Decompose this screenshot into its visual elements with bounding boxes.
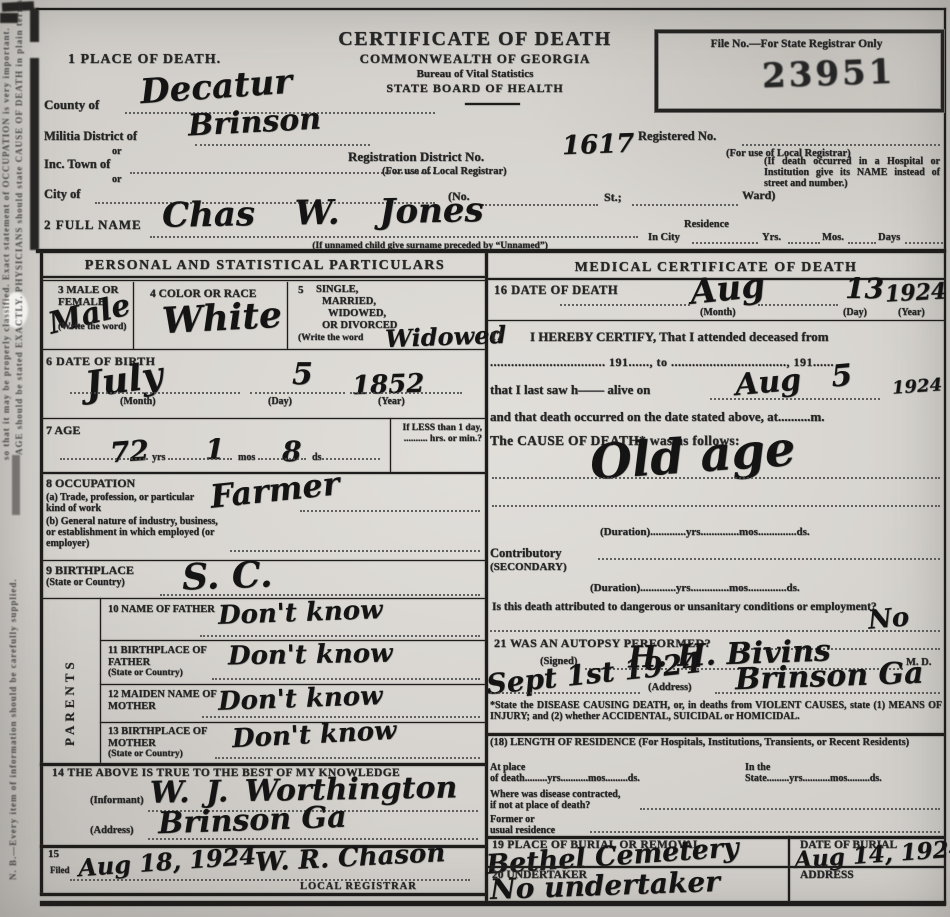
certify-no: 17 (490, 330, 503, 344)
cell-divider (133, 282, 134, 349)
column-divider (485, 253, 488, 903)
signed-address-label: (Address) (648, 682, 692, 694)
res-former-line1: Former or (490, 814, 535, 825)
certify-line3: that I last saw h—— alive on (490, 383, 650, 397)
residence18-label: (18) LENGTH OF RESIDENCE (For Hospitals,… (490, 737, 942, 749)
burial-divider (788, 836, 790, 901)
signed-address-value: Brinson Ga (735, 659, 925, 696)
local-registrar-label: LOCAL REGISTRAR (300, 881, 417, 893)
residence-line3 (848, 242, 876, 244)
personal-title-rule2 (42, 280, 485, 281)
res-where-line2: if not at place of death? (490, 800, 590, 811)
race-value: White (161, 297, 283, 339)
age-line4 (322, 458, 380, 460)
res-state-line2: State.........yrs...........mos.........… (745, 773, 882, 784)
hospital-note: (If death occurred in a Hospital or Inst… (764, 156, 940, 189)
org-line1: COMMONWEALTH OF GEORGIA (330, 52, 620, 66)
top-border (36, 8, 946, 10)
militia-district-label: Militia District of (44, 130, 137, 144)
mother-birthplace-value: Don't know (231, 718, 397, 753)
birthplace-line (160, 594, 480, 596)
sex-sub: (Write the word) (58, 322, 128, 333)
last-saw-line (710, 398, 880, 400)
contributory-label: Contributory (490, 547, 562, 561)
street-label: St.; (604, 191, 622, 204)
dod-label: 16 DATE OF DEATH (494, 284, 618, 298)
signed-address-line (715, 692, 940, 694)
duration-line1: (Duration).............yrs..............… (600, 526, 810, 538)
dob-line3 (350, 392, 462, 394)
mother-maiden-value: Don't know (218, 683, 383, 715)
file-number-label: File No.—For State Registrar Only (660, 38, 933, 51)
residence-line2 (788, 242, 820, 244)
dob-day: 5 (292, 360, 313, 390)
informant-label: (Informant) (90, 795, 144, 807)
cause-line1 (492, 477, 940, 479)
father-birthplace-line (212, 678, 480, 680)
cause-footnote: *State the DISEASE CAUSING DEATH, or, in… (490, 700, 942, 722)
mother-birthplace-sub: (State or Country) (108, 749, 183, 759)
city-label: City of (44, 188, 80, 202)
cell-divider (390, 418, 391, 472)
father-birthplace-value: Don't know (228, 641, 393, 670)
residence-days: Days (878, 232, 900, 244)
militia-district-value: Brinson (187, 105, 321, 142)
margin-note: N. B.—Every item of information should b… (8, 500, 18, 880)
residence-label: Residence (684, 219, 729, 231)
file-number-value: 23951 (761, 54, 896, 96)
certificate-title: CERTIFICATE OF DEATH (330, 28, 620, 50)
age-line1 (60, 458, 148, 460)
age-days-value: 8 (282, 438, 301, 466)
street-line (632, 204, 738, 206)
res-where-line1: Where was disease contracted, (490, 789, 620, 800)
res-place-line2: of death.........yrs...........mos......… (490, 773, 640, 784)
birthplace-label: 9 BIRTHPLACE (46, 564, 134, 577)
parents-divider (100, 598, 101, 763)
last-saw-year: 1924 (891, 376, 942, 397)
occupation-label: 8 OCCUPATION (46, 477, 135, 490)
residence-line4 (905, 242, 943, 244)
age-years-value: 72 (109, 437, 150, 468)
filed-date-value: Aug 18, 1924 (77, 844, 256, 880)
dob-year-cap: (Year) (378, 396, 405, 407)
birthplace-value: S. C. (181, 556, 273, 595)
res-place-line1: At place (490, 762, 525, 773)
res-former-line2: usual residence (490, 825, 555, 836)
filed-label: Filed (50, 866, 70, 876)
age-mos-unit: mos (238, 452, 255, 463)
title-rule (465, 103, 520, 105)
section-line (40, 763, 485, 766)
county-value: Decatur (139, 65, 293, 110)
occupation-a-line (300, 510, 480, 512)
birthplace-sub: (State or Country) (46, 577, 125, 588)
father-birthplace-sub: (State or Country) (108, 668, 183, 678)
res-where-line (640, 808, 940, 810)
filed-no: 15 (48, 848, 59, 860)
father-name-line (200, 635, 480, 637)
full-name-sub: (If unnamed child give surname preceded … (220, 241, 640, 251)
full-name-label: 2 FULL NAME (44, 218, 142, 232)
residence-line1 (692, 242, 758, 244)
marital-line2: MARRIED, (322, 296, 376, 308)
age-yrs-unit: yrs (152, 452, 165, 463)
registration-district-sub: (For use of Local Registrar) (382, 166, 507, 178)
cell-divider (287, 282, 288, 349)
res-state-line1: In the (745, 762, 770, 773)
residence-in-city: In City (648, 232, 680, 244)
contributory-line (598, 558, 940, 560)
dod-year-cap: (Year) (898, 307, 925, 318)
row-line (488, 320, 944, 321)
age-label: 7 AGE (46, 424, 80, 437)
marital-line1: SINGLE, (316, 284, 358, 296)
dod-month-cap: (Month) (700, 307, 736, 318)
or-word: or (112, 174, 121, 185)
dob-month-cap: (Month) (120, 396, 156, 407)
registered-no-line (742, 144, 940, 146)
last-saw-date: Aug 5 (734, 361, 854, 401)
res-former-line (590, 831, 940, 833)
scan-artifact (30, 8, 39, 42)
marital-value: Widowed (385, 323, 507, 351)
org-line3: STATE BOARD OF HEALTH (330, 82, 620, 95)
dod-month: Aug (688, 268, 766, 310)
right-border (944, 8, 946, 905)
age-line2 (168, 458, 232, 460)
residence-yrs: Yrs. (762, 232, 781, 244)
registered-no-label: Registered No. (638, 130, 716, 144)
father-name-value: Don't know (218, 597, 383, 629)
secondary-label: (SECONDARY) (490, 561, 567, 573)
dod-year: 1924 (884, 280, 946, 305)
unsanitary-question: Is this death attributed to dangerous or… (492, 601, 877, 614)
parents-label: PARENTS (62, 626, 78, 746)
father-name-label: 10 NAME OF FATHER (108, 604, 218, 616)
occupation-b-line (230, 550, 480, 552)
marital-line3: WIDOWED, (328, 308, 386, 320)
margin-note: so that it may be properly classified. E… (1, 60, 11, 460)
row-line (42, 418, 485, 419)
mother-maiden-label: 12 MAIDEN NAME OF MOTHER (108, 689, 228, 712)
dod-line1 (560, 304, 690, 306)
section-line (488, 733, 944, 736)
dob-year: 1852 (352, 371, 425, 400)
residence-mos: Mos. (822, 232, 844, 244)
dob-line2 (250, 392, 345, 394)
occupation-a-label: (a) Trade, profession, or particular kin… (46, 492, 208, 514)
full-name-value: Chas W. Jones (162, 193, 484, 233)
undertaker-value: No undertaker (490, 868, 721, 904)
personal-title-rule1 (42, 276, 485, 278)
death-certificate-scan: AGE should be stated EXACTLY. PHYSICIANS… (0, 0, 950, 917)
father-birthplace-label: 11 BIRTHPLACE OF FATHER (108, 645, 228, 668)
street-no-line (482, 204, 598, 206)
signed-date-line (490, 692, 640, 694)
left-column-bottom (40, 893, 485, 896)
place-of-death-label: 1 PLACE OF DEATH. (68, 52, 221, 67)
inc-town-label: Inc. Town of (44, 158, 110, 172)
cause-line2 (492, 505, 940, 507)
org-line2: Bureau of Vital Statistics (330, 68, 620, 80)
ward-label: Ward) (742, 189, 775, 202)
personal-section-title: PERSONAL AND STATISTICAL PARTICULARS (60, 258, 470, 273)
marital-sub: (Write the word (298, 333, 363, 343)
age-note: If LESS than 1 day, .......... hrs. or m… (396, 423, 482, 445)
marital-no: 5 (298, 284, 304, 296)
registration-district-value: 1617 (562, 131, 635, 160)
registration-district-label: Registration District No. (348, 150, 484, 164)
certify-line1: I HEREBY CERTIFY, That I attended deceas… (530, 330, 829, 344)
dod-day: 13 (845, 275, 884, 303)
mother-birthplace-line (215, 757, 480, 759)
row-line (42, 349, 485, 350)
informant-address-label: (Address) (90, 825, 134, 837)
dob-day-cap: (Day) (268, 396, 292, 407)
age-ds-unit: ds (312, 452, 321, 463)
undertaker-address-label: ADDRESS (800, 869, 854, 882)
dod-day-cap: (Day) (843, 307, 867, 318)
informant-address-value: Brinson Ga (158, 803, 348, 840)
age-line3 (258, 458, 306, 460)
dod-line2 (758, 304, 838, 306)
militia-line (195, 144, 370, 146)
county-label: County of (44, 98, 99, 112)
or-word: or (112, 146, 121, 157)
margin-note: AGE should be stated EXACTLY. PHYSICIANS… (14, 35, 24, 455)
autopsy-answer: No (867, 604, 910, 633)
duration-line2: (Duration).............yrs..............… (590, 582, 800, 594)
mother-birthplace-label: 13 BIRTHPLACE OF MOTHER (108, 726, 228, 749)
occupation-value: Farmer (209, 467, 341, 512)
scan-artifact (30, 58, 39, 250)
full-name-line (150, 236, 638, 238)
occupation-b-label: (b) General nature of industry, business… (46, 516, 218, 549)
dob-line1 (70, 392, 240, 394)
